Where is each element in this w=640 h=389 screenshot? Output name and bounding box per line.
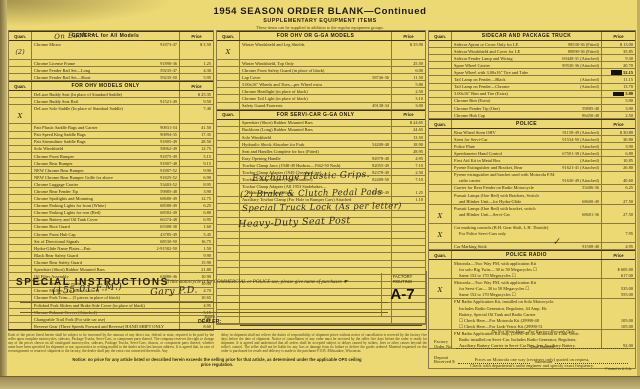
item-cell: Safety Guard Footrests49138-34 — [240, 103, 391, 109]
order-row: Pair Speed King Saddle Bags90894-3517.35 — [9, 132, 213, 139]
item-line: and Blinker Unit—Servi-Car68601-36 — [452, 211, 601, 217]
part-number: 59235-50 — [157, 75, 177, 80]
order-row: Safety Guard Footrests49138-343.00 — [217, 103, 425, 110]
price-value: 17.35 — [180, 132, 213, 138]
order-row: Chrome Boot Guard65308-381.60 — [9, 224, 213, 231]
price-value: 4.30 — [180, 67, 213, 73]
item-line: Chrome Fender Tip (One)59885-48 — [452, 105, 601, 111]
part-number: 88890-36 (Fitted) — [565, 49, 599, 54]
item-label: Chrome Rear Bumper — [34, 161, 73, 166]
price-value: 7.10 — [392, 176, 425, 182]
price-cell: 12.75 — [179, 146, 213, 152]
item-label: Pair Streamliner Saddle Bags — [34, 139, 86, 144]
price-cell: 25.50 — [391, 60, 425, 66]
price-value: 4.95 — [602, 243, 635, 249]
order-row: Chrome Tail Light (in place of black)3.1… — [217, 95, 425, 102]
price-value: 52.15 — [602, 69, 635, 75]
section-title: SIDECAR AND PACKAGE TRUCK — [452, 32, 601, 40]
item-label: Hydra-Glide Name Plates—Pair — [34, 246, 91, 251]
price-cell: 7.10 — [391, 162, 425, 168]
item-label: Chrome Headlight (in place of black) — [242, 89, 308, 94]
order-row: Chrome Hub Cap86450-482.50 — [429, 112, 635, 119]
handwritten-quantity-mark: X — [438, 287, 443, 293]
item-line: DeLuxe Solo Saddle (In place of Standard… — [32, 105, 179, 111]
price-cell: 26.80 — [601, 165, 635, 171]
item-line: Same 152 to 170 Megacycles ☐ — [452, 292, 601, 298]
quantity-cell — [9, 60, 32, 66]
price-value: 41.50 — [180, 124, 213, 130]
item-cell: Hydra-Glide Name Plates—Pair2-91582-50 — [32, 245, 179, 251]
terms-paragraph-left: Each of the prices listed herein shall b… — [8, 333, 214, 353]
price-value: $ 13.00 — [602, 41, 635, 47]
factory-routing-code: A-7 — [382, 286, 423, 303]
item-line: Chrome Rim (Extra) — [452, 98, 601, 104]
item-label: Seat and Handles Complete for box (Fitte… — [242, 149, 319, 154]
section-header: Quan.SIDECAR AND PACKAGE TRUCKPrice — [429, 31, 635, 41]
order-row: XDeLuxe Solo Saddle (In place of Standar… — [9, 105, 213, 124]
item-label: Car marking controls (R.H. Gear Shift, L… — [454, 225, 548, 230]
price-cell: 5.45 — [179, 231, 213, 237]
price-cell: $ 30.80 — [601, 129, 635, 135]
order-row: Tail Lamp on Fender—Chrome(Attached)13.7… — [429, 84, 635, 91]
item-label: for solo Big Twin— 30 to 50 Megacycles ☐ — [454, 267, 537, 272]
quantity-cell — [9, 217, 32, 223]
order-row: Spare Wheel Carrier89530-36 (Attached)20… — [429, 62, 635, 69]
order-row: Chrome Fender Rail Set—Long59235-474.30 — [9, 67, 213, 74]
order-row: Speedometer Hand Control67501-38 (Attach… — [429, 150, 635, 157]
part-number: 82378-49 — [369, 170, 389, 175]
quantity-cell — [9, 124, 32, 130]
write-in-line-2 — [20, 312, 388, 313]
quantity-cell — [217, 127, 240, 133]
section-title: POLICE — [452, 120, 601, 128]
item-line: Spare Wheel with 3.00x16" Tire and Tube — [452, 69, 601, 75]
item-line: Speedster (Short) Rubber Mounted Bars — [240, 120, 391, 126]
quan-column-label: Quan. — [429, 251, 452, 259]
quantity-cell — [9, 132, 32, 138]
price-cell: 1.60 — [179, 224, 213, 230]
blank-row — [217, 261, 425, 268]
blank-price-cell — [391, 232, 425, 238]
price-cell: 7.40 — [179, 105, 213, 123]
item-line: Spare Wheel Carrier89530-36 (Attached) — [452, 62, 601, 68]
price-value: 6.80 — [602, 150, 635, 156]
item-label: Lap Cover — [242, 75, 261, 80]
part-number: 91158-49 (Attached) — [559, 130, 599, 135]
price-cell: 28.95 — [391, 148, 425, 154]
price-value: 28.95 — [392, 148, 425, 154]
order-row: 5.00x16" Wheels and Tires—per Wheel extr… — [217, 81, 425, 88]
item-label: 5.00x16" Wheels and Tires—per Wheel extr… — [242, 82, 322, 87]
item-cell: Chrome Rim (Extra) — [452, 98, 601, 104]
price-value: 4.95 — [392, 155, 425, 161]
quan-column-label: Quan. — [9, 82, 32, 90]
price-cell: 105.00105.00 — [601, 299, 635, 329]
price-cell: 6.95 — [179, 217, 213, 223]
order-row: Chrome Front Bumper91875-495.15 — [9, 153, 213, 160]
item-line: Chrome Fender Rail Set—Short59235-50 — [32, 74, 179, 80]
price-redaction-box — [611, 70, 622, 74]
price-cell: 35.85 — [601, 48, 635, 54]
price-cell: 9.90 — [179, 167, 213, 173]
price-cell: 12.75 — [179, 195, 213, 201]
item-line: Pair Streamliner Saddle Bags91805-49 — [32, 139, 179, 145]
item-cell: Pyrene extinguisher and bracket used wit… — [452, 172, 601, 184]
part-number: 53403-52 — [157, 182, 177, 187]
quantity-cell — [429, 172, 452, 184]
item-label: Chrome Fender Rail Set—Short — [34, 75, 90, 80]
quantity-cell — [217, 60, 240, 66]
price-cell: $ 13.00 — [601, 41, 635, 47]
item-line: Solo Windshield58062-49 — [32, 146, 179, 152]
item-label: Motorola—Two Way FM, with application Ki… — [454, 280, 536, 285]
price-column-label: Price — [391, 32, 425, 40]
item-line: Chrome Fender Rail Set—Long59235-47 — [32, 67, 179, 73]
price-corrected: 5.80 — [625, 91, 633, 96]
part-number: 82055-49 — [369, 163, 389, 168]
quantity-cell — [217, 141, 240, 147]
quantity-cell — [429, 192, 452, 204]
item-line: Chrome Tail Light (in place of black) — [240, 95, 391, 101]
price-value: 6.00 — [392, 67, 425, 73]
item-label: Chrome Battery and Oil Tank Cover — [34, 217, 98, 222]
section-title: FOR OHV OR G-GA MODELS — [240, 32, 391, 40]
pointer-hand-icon: ☛ — [344, 280, 348, 285]
price-redaction-box — [613, 92, 624, 96]
price-cell: $ 3.50 — [179, 41, 213, 59]
order-row: Siren for Servi-Car91534-50 (Attached)30… — [429, 136, 635, 143]
item-cell: Pair Streamliner Saddle Bags91805-49 — [32, 139, 179, 145]
scan-edge-left — [0, 0, 7, 389]
salesman-label: Salesman — [534, 360, 552, 365]
item-cell: NEW Chrome Rear Bumper91807-52 — [32, 167, 179, 173]
item-cell: Spare Wheel Carrier89530-36 (Attached) — [452, 62, 601, 68]
part-number: 68601-36 — [579, 212, 599, 217]
factory-routing-line2: ROUTING — [382, 280, 423, 285]
quantity-cell — [429, 136, 452, 142]
price-cell: 2.50 — [391, 169, 425, 175]
item-label: Chrome Tail Light (in place of black) — [242, 96, 308, 101]
price-cell: 6.90 — [179, 174, 213, 180]
price-cell: 3.10 — [391, 95, 425, 101]
price-value: 7.40 — [180, 105, 213, 111]
price-cell: 30.80 — [601, 136, 635, 142]
order-row: XWinter Windshield and Leg Shields$ 35.9… — [217, 41, 425, 60]
quantity-cell — [429, 299, 452, 329]
item-line: NEW Chrome Rear Bumper91807-52 — [32, 167, 179, 173]
order-row: Solo Windshield58062-4912.75 — [9, 146, 213, 153]
price-value: 5.00 — [602, 98, 635, 104]
price-cell: 6.25 — [179, 203, 213, 209]
ops-ceiling-notice: Notice: no price for any article listed … — [72, 358, 362, 368]
quantity-cell: X — [429, 279, 452, 297]
item-label: Chrome Parking Lights for front (White) — [34, 203, 106, 208]
quantity-cell — [429, 165, 452, 171]
price-cell: 6.80 — [601, 150, 635, 156]
price-value: 1.50 — [180, 245, 213, 251]
blank-row — [217, 232, 425, 239]
quan-column-label: Quan. — [217, 111, 240, 119]
order-row: Easy Opening Handle84978-484.95 — [217, 155, 425, 162]
item-cell: Chrome Front Safety Guard (in place of b… — [240, 67, 391, 73]
price-cell: 28.50 — [179, 139, 213, 145]
item-label: Tail Lamp on Fender—Chrome — [454, 84, 509, 89]
signed-dealer-label: Signed DEALER: — [198, 315, 221, 325]
order-row: Hydraulic Shock Absorber for Fork54208-4… — [217, 141, 425, 148]
part-number: (Attached) — [577, 158, 599, 163]
quantity-cell — [9, 139, 32, 145]
price-value: 24.65 — [392, 127, 425, 133]
quantity-cell — [9, 231, 32, 237]
price-value: 9.90 — [180, 167, 213, 173]
quantity-cell — [429, 105, 452, 111]
blank-row — [217, 246, 425, 253]
part-number: 69448-31 (Attached) — [559, 56, 599, 61]
price-value: 2.50 — [392, 88, 425, 94]
part-number: 90831-54 — [157, 125, 177, 130]
quantity-cell — [429, 62, 452, 68]
quantity-cell — [217, 67, 240, 73]
section-title: FOR OHV MODELS ONLY — [32, 82, 179, 90]
price-value: 13.70 — [602, 84, 635, 90]
price-value: 12.75 — [180, 195, 213, 201]
order-row: (2)Chrome Mirror91873-47$ 3.50 — [9, 41, 213, 60]
item-line: Hydra-Glide Name Plates—Pair2-91582-50 — [32, 245, 179, 251]
order-row: Chrome Rear Bumper91807-489.15 — [9, 160, 213, 167]
item-label: ☐ Check Here—For Motorola Kit (29990-48 — [454, 318, 539, 323]
item-label: Chrome Mirror — [34, 42, 61, 47]
write-in-line-1 — [20, 302, 388, 303]
price-cell: 27.50 — [601, 192, 635, 204]
order-row: Lap Cover58746-3611.50 — [217, 74, 425, 81]
item-line: Chrome Buddy Seat Rail91521-49 — [32, 98, 179, 104]
special-instructions-band: SPECIAL INSTRUCTIONS If this motorcycle … — [8, 271, 427, 330]
price-value: $ 24.65 — [392, 120, 425, 126]
quantity-cell — [217, 134, 240, 140]
item-cell: Seat and Handles Complete for box (Fitte… — [240, 148, 391, 154]
item-cell: Chrome Fender Rail Set—Long59235-47 — [32, 67, 179, 73]
section-header: Quan.FOR OHV MODELS ONLYPrice — [9, 81, 213, 91]
item-label: Pair Speed King Saddle Bags — [34, 132, 86, 137]
quantity-cell — [9, 153, 32, 159]
quantity-cell — [429, 129, 452, 135]
part-number: 65308-38 — [157, 224, 177, 229]
item-cell: Pursuit Lamps (One Red) with Brackets, S… — [452, 192, 601, 204]
item-cell: FM Radio Application Kit, installed on S… — [452, 299, 601, 329]
order-row: Carrier for Rear Fender on Radio Motorcy… — [429, 185, 635, 192]
item-cell: Speedster (Short) Rubber Mounted Bars — [240, 120, 391, 126]
item-label: Chrome Fender Rail Set—Long — [34, 68, 90, 73]
blank-price-cell — [391, 253, 425, 259]
item-cell: DeLuxe Solo Saddle (In place of Standard… — [32, 105, 179, 123]
order-row: Chrome Battery and Oil Tank Cover66374-4… — [9, 217, 213, 224]
part-number: 91630-49 (Attached) — [559, 178, 599, 183]
quantity-cell — [429, 76, 452, 82]
page: 1954 SEASON ORDER BLANK—Continued SUPPLE… — [0, 0, 640, 389]
item-line: Car Marking Stick91508-48 — [452, 243, 601, 249]
item-line: Pair Speed King Saddle Bags90894-35 — [32, 132, 179, 138]
item-cell: Hydraulic Shock Absorber for Fork54208-4… — [240, 141, 391, 147]
price-cell: 8.95 — [179, 181, 213, 187]
item-line: Lap Cover58746-36 — [240, 74, 391, 80]
part-number: 91825-52 — [157, 175, 177, 180]
item-label: Winter Windshield and Leg Shields — [242, 42, 305, 47]
item-label: Solo Windshield — [242, 135, 271, 140]
item-line: 5.00x16" Wheels and Tires—per Wheel extr… — [240, 81, 391, 87]
item-label: NEW Chrome Rear Bumper Grille for above — [34, 175, 113, 180]
price-cell: 6.80 — [179, 210, 213, 216]
quantity-cell — [217, 120, 240, 126]
price-cell: 4.95 — [601, 243, 635, 249]
item-line: Solo Windshield — [240, 134, 391, 140]
item-label: Chrome Front Safety Guard (in place of b… — [242, 68, 324, 73]
item-line: Police Plate(Attached) — [452, 143, 601, 149]
item-cell: Black Rear Safety Guard — [32, 252, 179, 258]
price-value: $ 30.80 — [602, 129, 635, 135]
price-value: 27.50 — [602, 211, 635, 217]
item-label: for Servi-Car— 30 to 50 Megacycles ☐ — [454, 286, 529, 291]
item-line: Sidecar Fender Lamp and Wiring69448-31 (… — [452, 55, 601, 61]
item-line: Same 152 to 170 Megacycles ☐ — [452, 272, 601, 278]
quantity-cell — [429, 185, 452, 191]
item-line: Winter Windshield and Leg Shields — [240, 41, 391, 47]
item-cell: Tail Lamp on Fender—Black(Attached) — [452, 76, 601, 82]
item-cell: Chrome Hub Cap86450-48 — [452, 112, 601, 118]
part-number: 68530-50 — [157, 239, 177, 244]
factory-order-no-line — [456, 344, 527, 349]
quantity-cell — [9, 167, 32, 173]
quantity-cell — [429, 243, 452, 249]
quantity-cell — [9, 259, 32, 265]
item-line: Seat and Handles Complete for box (Fitte… — [240, 148, 391, 154]
item-label: Chrome Rim (Extra) — [454, 98, 490, 103]
order-row: Chrome License Frame91890-361.25 — [9, 60, 213, 67]
hand-checkmark: ✓ — [552, 237, 561, 248]
item-label: Battery, Special Oil Tank and Radio Carr… — [454, 312, 536, 317]
item-label: Chrome Front Bumper — [34, 154, 74, 159]
item-line: Sidecar Apron or Cover Only for LE98538-… — [452, 41, 601, 47]
date-entered-line — [557, 344, 628, 349]
part-number: 82408-50 — [369, 177, 389, 182]
order-row: Police Plate(Attached)3.90 — [429, 143, 635, 150]
item-cell: Chrome Rear Bumper91807-48 — [32, 160, 179, 166]
price-column-label: Price — [601, 251, 635, 259]
quantity-cell — [217, 184, 240, 196]
item-line: Chrome Front Hub Cap43785-49 — [32, 231, 179, 237]
price-value: 3.00 — [392, 103, 425, 109]
price-value: 9.90 — [180, 252, 213, 258]
salesman-line — [555, 359, 628, 364]
section-header: Quan.POLICE RADIOPrice — [429, 250, 635, 260]
price-value: 11.15 — [602, 76, 635, 82]
item-line: Hydraulic Shock Absorber for Fork54208-4… — [240, 141, 391, 147]
price-cell: 4.95 — [391, 155, 425, 161]
price-column-label: Price — [601, 120, 635, 128]
terms-fine-print: Each of the prices listed herein shall b… — [8, 333, 427, 353]
order-row: Chrome Rear Fender Tip59885-483.90 — [9, 188, 213, 195]
quantity-cell — [9, 188, 32, 194]
price-value: 5.15 — [180, 153, 213, 159]
order-row: Chrome Parking Lights for rear (Red)6858… — [9, 210, 213, 217]
quantity-cell — [429, 112, 452, 118]
quantity-cell — [217, 155, 240, 161]
section-title: POLICE RADIO — [452, 251, 601, 259]
factory-order-row: Factory Order No. Date Entered — [434, 340, 632, 350]
factory-routing-box: FACTORY ROUTING A-7 — [381, 273, 423, 317]
part-number: 66374-48 — [157, 217, 177, 222]
quantity-cell — [9, 98, 32, 104]
order-row: 3.00x16" Rim and Tire (Extra)5.80 — [429, 91, 635, 98]
item-cell: Set of Directional Signals68530-50 — [32, 238, 179, 244]
part-number: (Attached) — [577, 84, 599, 89]
quantity-cell — [9, 146, 32, 152]
item-label: Speedometer Hand Control — [454, 151, 502, 156]
price-value: 7.95 — [602, 230, 635, 236]
price-cell: 4.30 — [179, 67, 213, 73]
quantity-cell — [217, 95, 240, 101]
item-line: Pair Plastic Saddle Bags and Carrier9083… — [32, 124, 179, 130]
price-value: 1.25 — [392, 190, 425, 196]
item-cell: Chrome Mirror91873-47 — [32, 41, 179, 59]
item-cell: First Aid Kit in Metal Box(Attached) — [452, 157, 601, 163]
quan-column-label: Quan. — [429, 120, 452, 128]
item-label: Police Plate — [454, 144, 475, 149]
blank-price-cell — [391, 246, 425, 252]
item-cell: Spare Wheel with 3.00x16" Tire and Tube — [452, 69, 601, 75]
item-cell: Sidecar Fender Lamp and Wiring69448-31 (… — [452, 55, 601, 61]
price-value: 6.25 — [602, 185, 635, 191]
part-number: 68680-49 — [157, 196, 177, 201]
order-row: NEW Chrome Rear Bumper91807-529.90 — [9, 167, 213, 174]
item-cell: Car Marking Stick91508-48 — [452, 243, 601, 249]
price-cell: 5.95 — [179, 74, 213, 80]
price-value: 10.85 — [602, 157, 635, 163]
section-header: Quan.POLICEPrice — [429, 119, 635, 129]
item-line: Speedometer Hand Control67501-38 (Attach… — [452, 150, 601, 156]
price-column-label: Price — [391, 111, 425, 119]
order-row: Tail Lamp on Fender—Black(Attached)11.15 — [429, 76, 635, 83]
price-cell: 5.00 — [601, 98, 635, 104]
column-sidecar-police-radio: Quan.SIDECAR AND PACKAGE TRUCKPriceSidec… — [428, 30, 636, 369]
item-label: and Blinker Unit—for Hydra-Glide — [454, 199, 521, 204]
item-line: Pyrene Extinguisher and Bracket, Rear916… — [452, 165, 601, 171]
special-instructions-note: If this motorcycle is for COMMERCIAL or … — [166, 279, 391, 285]
blank-quantity-cell — [217, 225, 240, 231]
item-line: Set of Directional Signals68530-50 — [32, 238, 179, 244]
item-cell: 3.00x16" Rim and Tire (Extra) — [452, 91, 601, 97]
order-row: Chrome Fender Rail Set—Short59235-505.95 — [9, 74, 213, 81]
order-row: Sidecar Windshield and Cover for LE88890… — [429, 48, 635, 55]
order-row: XCar marking controls (R.H. Gear Shift, … — [429, 224, 635, 243]
part-number: 86450-48 — [579, 113, 599, 118]
order-row: FM Radio Application Kit, installed on S… — [429, 299, 635, 330]
quantity-cell: X — [429, 205, 452, 223]
part-number: 49138-34 — [369, 103, 389, 108]
order-row: Chrome Rear Safety Guard15.90 — [9, 259, 213, 266]
blank-quantity-cell — [217, 218, 240, 224]
price-value: 2.50 — [392, 169, 425, 175]
price-cell: 1.25 — [391, 184, 425, 196]
price-cell: 13.50 — [391, 134, 425, 140]
blank-item-cell — [240, 246, 391, 252]
order-row: Hydra-Glide Name Plates—Pair2-91582-501.… — [9, 245, 213, 252]
quantity-cell — [217, 103, 240, 109]
price-cell: 3.00 — [391, 103, 425, 109]
order-row: Pursuit Lamps (One Red) with Brackets, S… — [429, 192, 635, 205]
price-value: 26.80 — [602, 165, 635, 171]
part-number: 59885-48 — [157, 189, 177, 194]
price-cell: 3.90 — [601, 143, 635, 149]
